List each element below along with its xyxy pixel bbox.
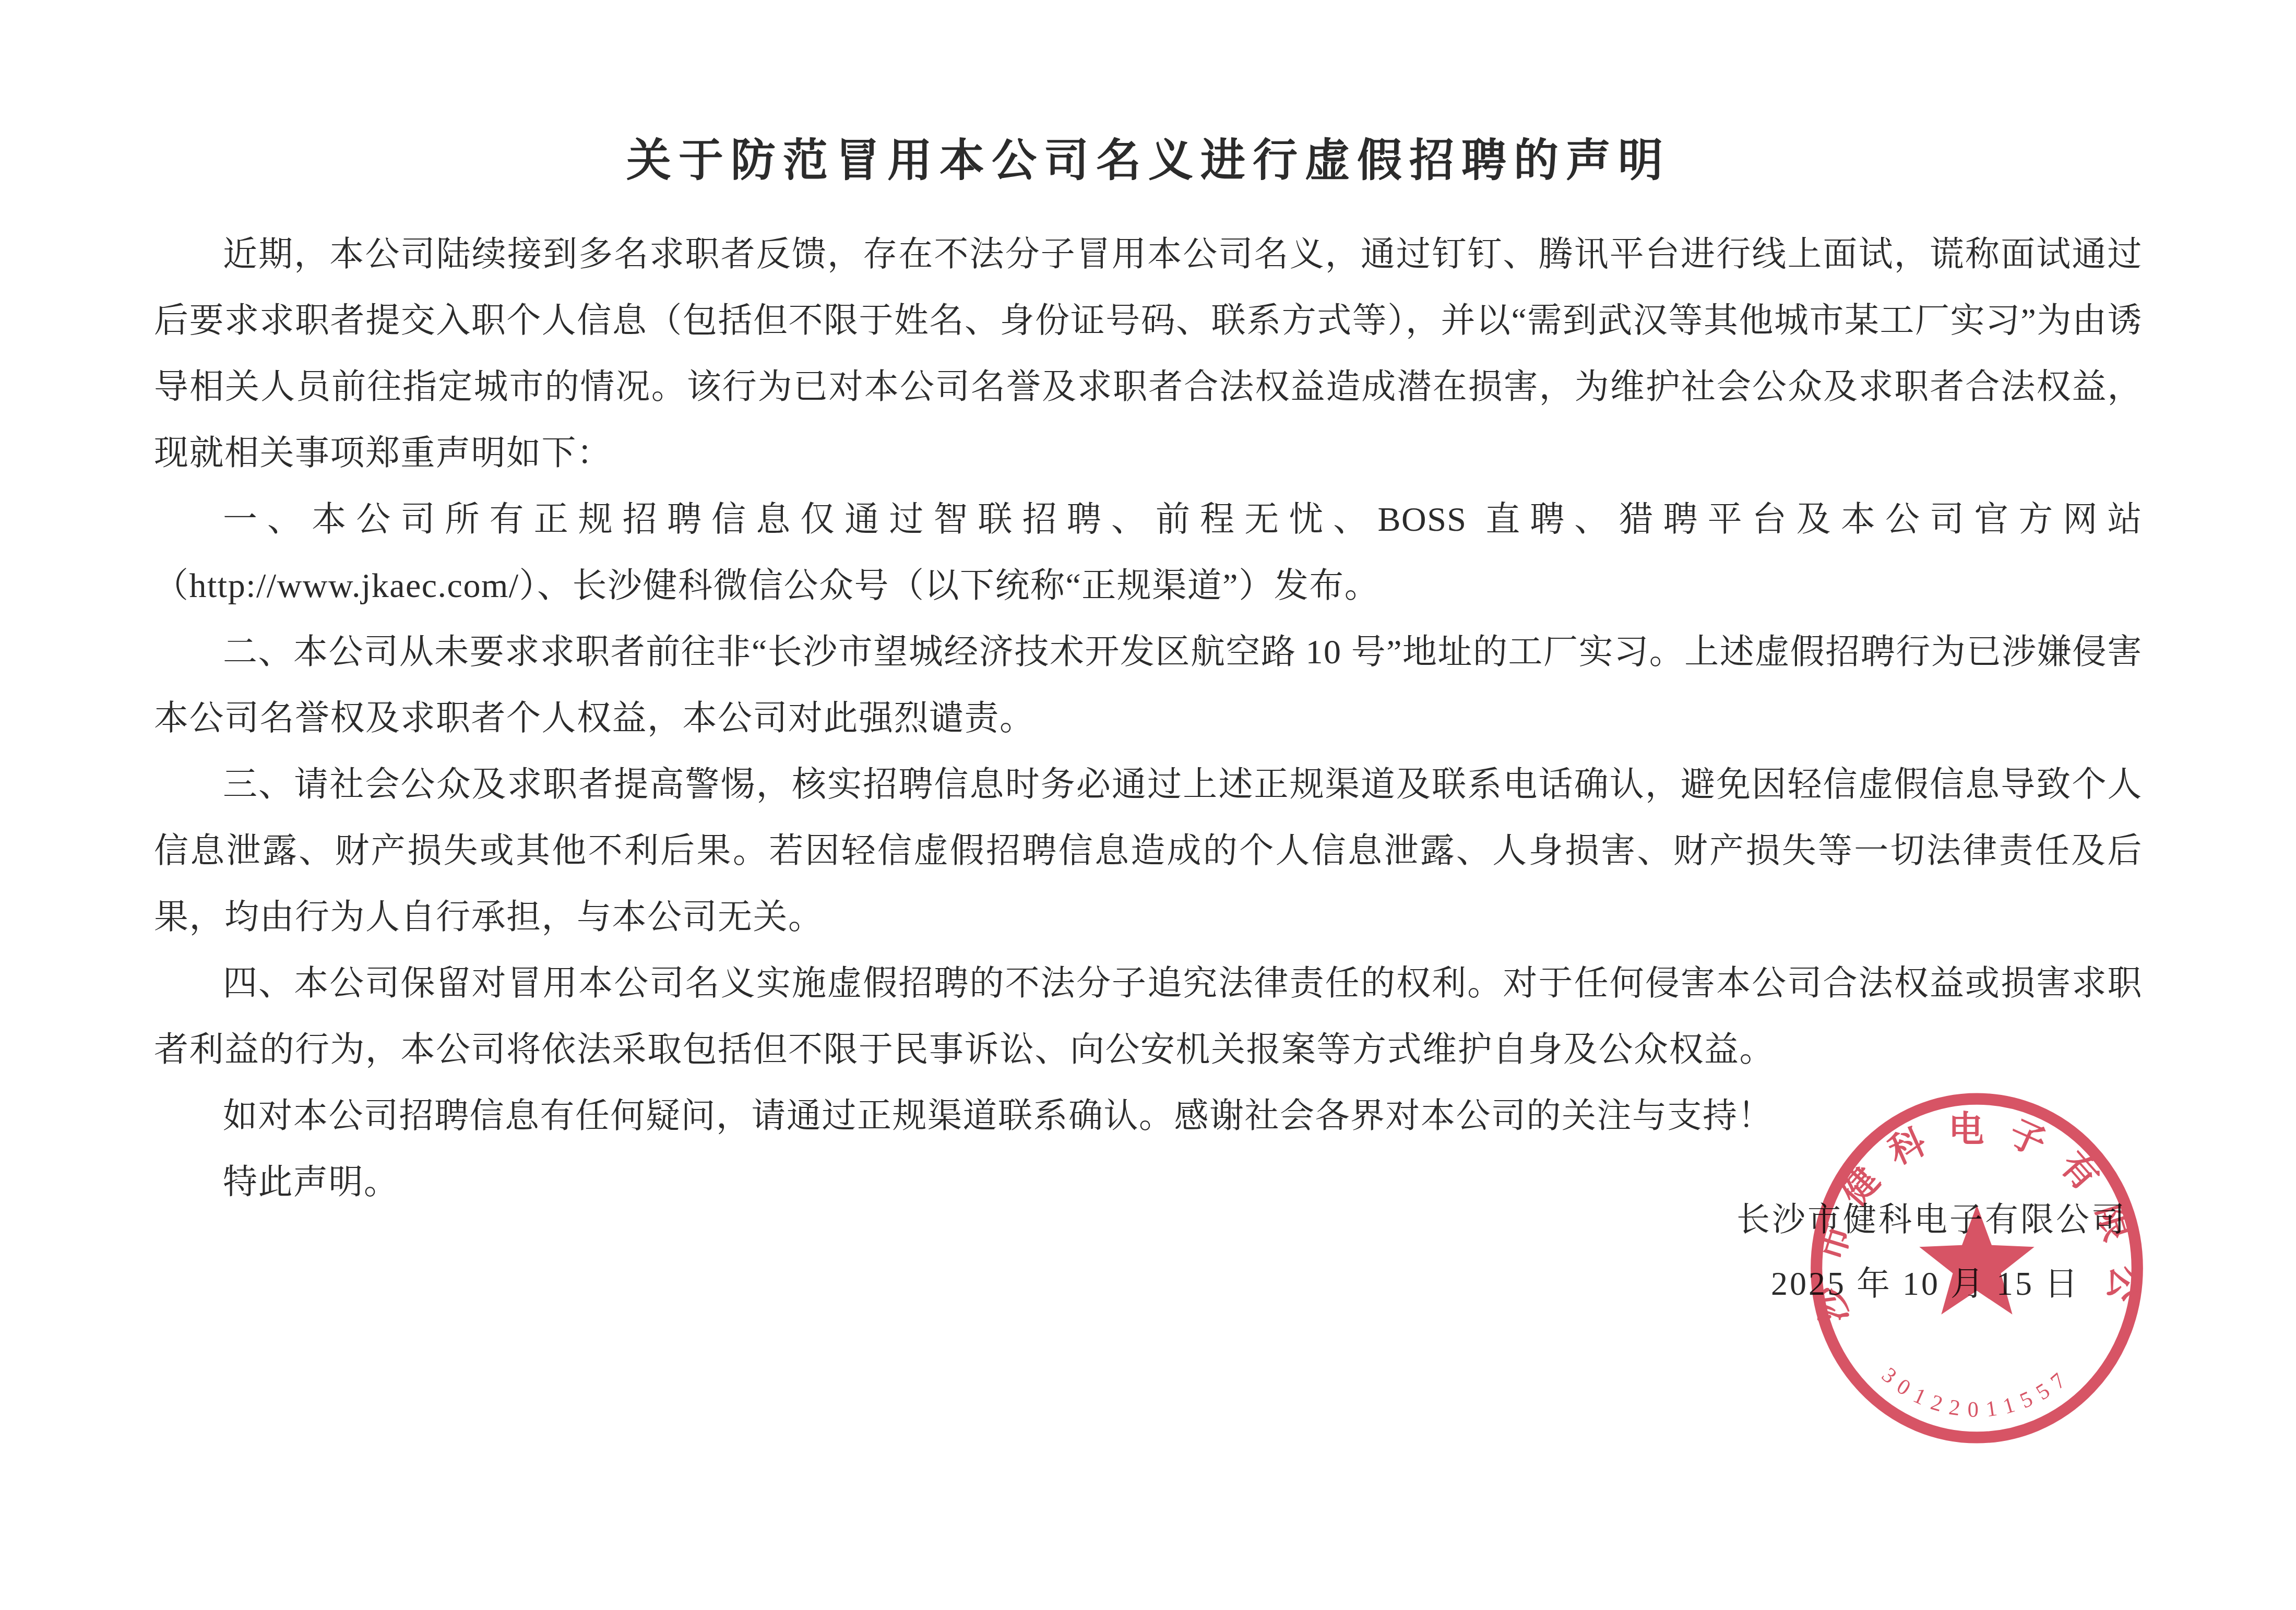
- intro-paragraph: 近期，本公司陆续接到多名求职者反馈，存在不法分子冒用本公司名义，通过钉钉、腾讯平…: [154, 221, 2143, 486]
- star-icon: [1919, 1205, 2034, 1315]
- item-2-paragraph: 二、本公司从未要求求职者前往非“长沙市望城经济技术开发区航空路 10 号”地址的…: [154, 619, 2143, 752]
- item-3-paragraph: 三、请社会公众及求职者提高警惕，核实招聘信息时务必通过上述正规渠道及联系电话确认…: [154, 752, 2143, 950]
- item-4-paragraph: 四、本公司保留对冒用本公司名义实施虚假招聘的不法分子追究法律责任的权利。对于任何…: [154, 950, 2143, 1083]
- document-body: 关于防范冒用本公司名义进行虚假招聘的声明 近期，本公司陆续接到多名求职者反馈，存…: [154, 0, 2143, 1215]
- document-title: 关于防范冒用本公司名义进行虚假招聘的声明: [154, 124, 2143, 189]
- company-seal: 长沙市健科电子有限公司 4301220115579: [1803, 1086, 2150, 1451]
- scanned-statement-page: 关于防范冒用本公司名义进行虚假招聘的声明 近期，本公司陆续接到多名求职者反馈，存…: [0, 0, 2296, 1610]
- item-1-paragraph: 一、本公司所有正规招聘信息仅通过智联招聘、前程无忧、BOSS 直聘、猎聘平台及本…: [154, 486, 2143, 619]
